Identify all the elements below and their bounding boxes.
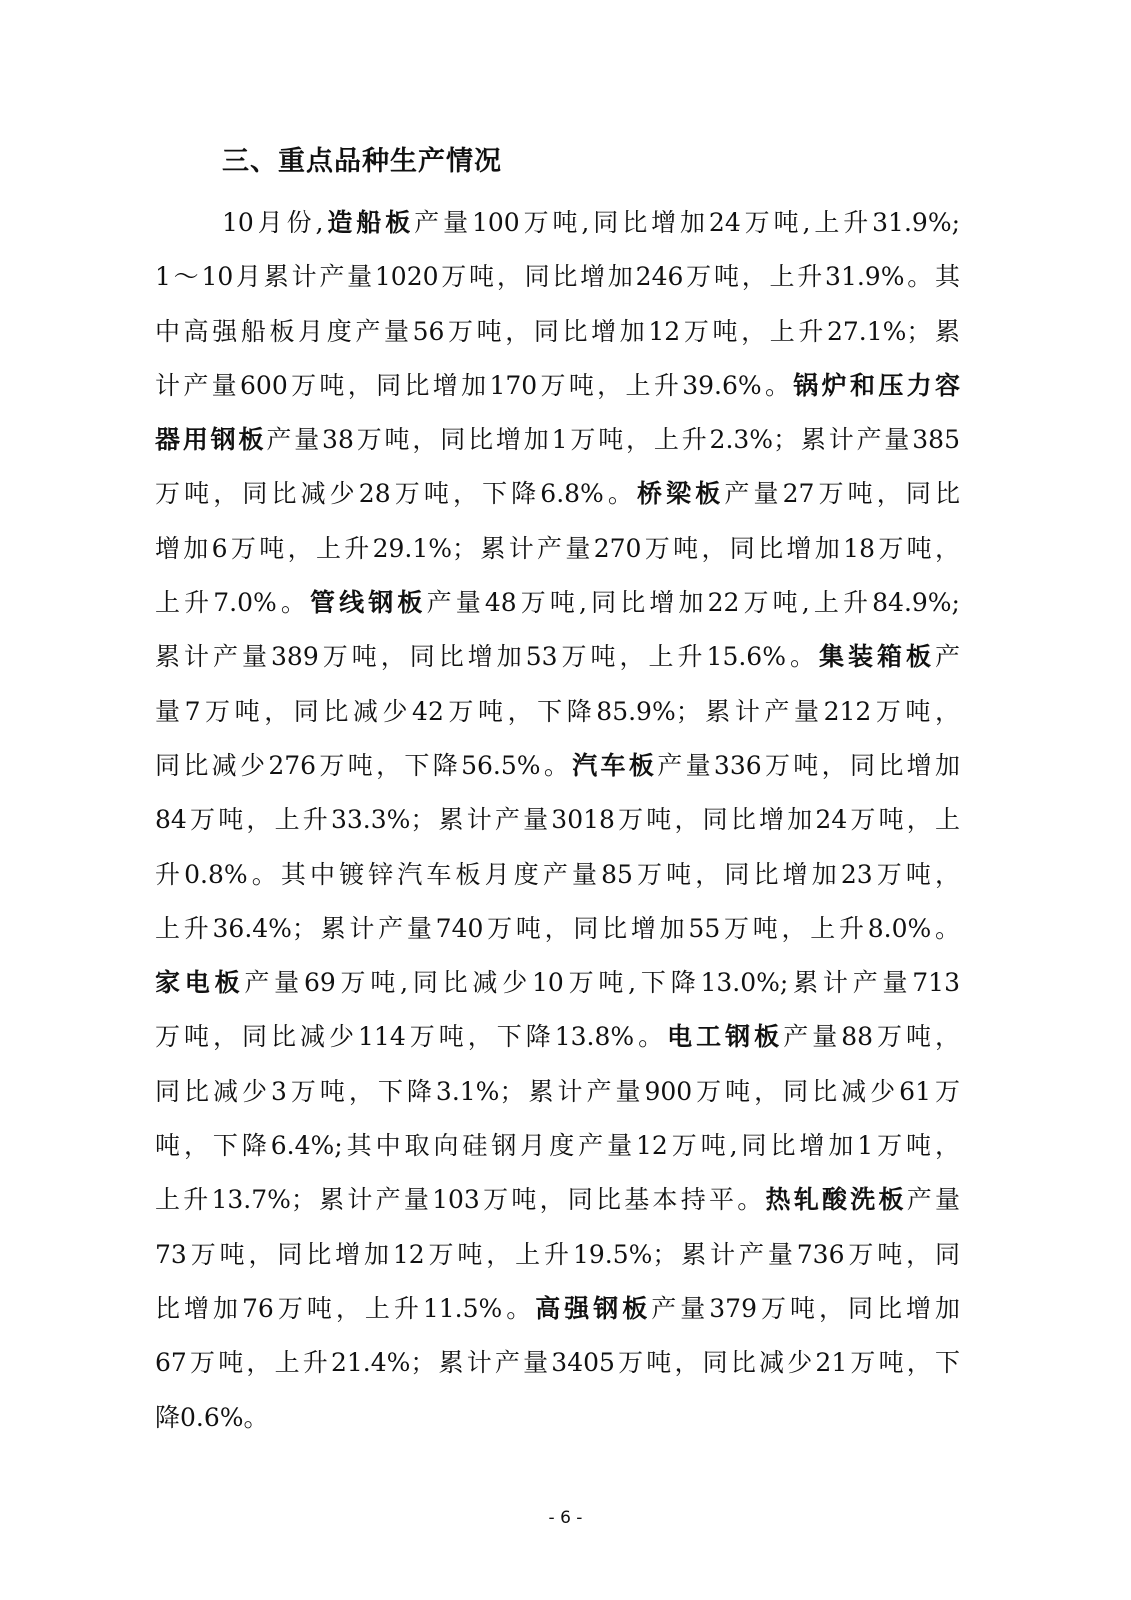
product-name: 造船板 <box>324 208 415 237</box>
paragraph-line: 同比减少276万吨，下降56.5%。汽车板产量336万吨，同比增加 <box>155 739 960 793</box>
paragraph-line: 万吨，同比减少114万吨，下降13.8%。电工钢板产量88万吨， <box>155 1010 960 1064</box>
paragraph-line: 67万吨，上升21.4%；累计产量3405万吨，同比减少21万吨，下 <box>155 1336 960 1390</box>
product-name: 桥梁板 <box>637 479 724 508</box>
text-segment: 同比减少3万吨，下降3.1%；累计产量900万吨，同比减少61万 <box>155 1077 960 1106</box>
text-segment: 67万吨，上升21.4%；累计产量3405万吨，同比减少21万吨，下 <box>155 1348 960 1377</box>
paragraph-line: 上升13.7%；累计产量103万吨，同比基本持平。热轧酸洗板产量 <box>155 1173 960 1227</box>
paragraph-line: 吨，下降6.4%;其中取向硅钢月度产量12万吨,同比增加1万吨， <box>155 1119 960 1173</box>
paragraph-line: 上升36.4%；累计产量740万吨，同比增加55万吨，上升8.0%。 <box>155 902 960 956</box>
text-segment: 吨，下降6.4%;其中取向硅钢月度产量12万吨,同比增加1万吨， <box>155 1131 960 1160</box>
product-name: 集装箱板 <box>819 642 935 671</box>
paragraph-line: 增加6万吨，上升29.1%；累计产量270万吨，同比增加18万吨， <box>155 522 960 576</box>
text-segment: 上升36.4%；累计产量740万吨，同比增加55万吨，上升8.0%。 <box>155 914 960 943</box>
text-segment: 产量88万吨， <box>783 1022 960 1051</box>
text-segment: 万吨，同比减少114万吨，下降13.8%。 <box>155 1022 667 1051</box>
text-segment: 73万吨，同比增加12万吨，上升19.5%；累计产量736万吨，同 <box>155 1240 960 1269</box>
paragraph-line: 家电板产量69万吨,同比减少10万吨,下降13.0%;累计产量713 <box>155 956 960 1010</box>
paragraph-line: 比增加76万吨，上升11.5%。高强钢板产量379万吨，同比增加 <box>155 1282 960 1336</box>
section-paragraph: 10月份,造船板产量100万吨,同比增加24万吨,上升31.9%;1～10月累计… <box>155 196 960 1445</box>
text-segment: 产量48万吨,同比增加22万吨,上升84.9%; <box>427 588 960 617</box>
text-segment: 量7万吨，同比减少42万吨，下降85.9%；累计产量212万吨， <box>155 697 960 726</box>
product-name: 器用钢板 <box>155 425 266 454</box>
text-segment: 同比减少276万吨，下降56.5%。 <box>155 751 572 780</box>
document-page: 三、重点品种生产情况 10月份,造船板产量100万吨,同比增加24万吨,上升31… <box>0 0 1131 1600</box>
paragraph-line: 84万吨，上升33.3%；累计产量3018万吨，同比增加24万吨，上 <box>155 793 960 847</box>
product-name: 电工钢板 <box>667 1022 783 1051</box>
product-name: 家电板 <box>155 968 244 997</box>
text-segment: 1～10月累计产量1020万吨，同比增加246万吨，上升31.9%。其 <box>155 262 960 291</box>
product-name: 汽车板 <box>572 751 657 780</box>
text-segment: 产量100万吨,同比增加24万吨,上升31.9%; <box>414 208 960 237</box>
text-segment: 产量336万吨，同比增加 <box>657 751 960 780</box>
text-segment: 上升7.0%。 <box>155 588 310 617</box>
section-heading: 三、重点品种生产情况 <box>222 142 502 182</box>
paragraph-line: 1～10月累计产量1020万吨，同比增加246万吨，上升31.9%。其 <box>155 250 960 304</box>
paragraph-line: 10月份,造船板产量100万吨,同比增加24万吨,上升31.9%; <box>155 196 960 250</box>
text-segment: 产量 <box>907 1185 960 1214</box>
text-segment: 计产量600万吨，同比增加170万吨，上升39.6%。 <box>155 371 793 400</box>
paragraph-line: 量7万吨，同比减少42万吨，下降85.9%；累计产量212万吨， <box>155 685 960 739</box>
text-segment: 比增加76万吨，上升11.5%。 <box>155 1294 535 1323</box>
paragraph-line: 73万吨，同比增加12万吨，上升19.5%；累计产量736万吨，同 <box>155 1228 960 1282</box>
paragraph-line: 器用钢板产量38万吨，同比增加1万吨，上升2.3%；累计产量385 <box>155 413 960 467</box>
paragraph-line: 升0.8%。其中镀锌汽车板月度产量85万吨，同比增加23万吨， <box>155 848 960 902</box>
paragraph-line: 累计产量389万吨，同比增加53万吨，上升15.6%。集装箱板产 <box>155 630 960 684</box>
paragraph-line: 同比减少3万吨，下降3.1%；累计产量900万吨，同比减少61万 <box>155 1065 960 1119</box>
paragraph-line: 上升7.0%。管线钢板产量48万吨,同比增加22万吨,上升84.9%; <box>155 576 960 630</box>
text-segment: 上升13.7%；累计产量103万吨，同比基本持平。 <box>155 1185 766 1214</box>
text-segment: 10月份, <box>222 208 324 237</box>
text-segment: 产量27万吨，同比 <box>724 479 960 508</box>
text-segment: 产量379万吨，同比增加 <box>651 1294 960 1323</box>
paragraph-line: 万吨，同比减少28万吨，下降6.8%。桥梁板产量27万吨，同比 <box>155 467 960 521</box>
paragraph-line: 计产量600万吨，同比增加170万吨，上升39.6%。锅炉和压力容 <box>155 359 960 413</box>
product-name: 锅炉和压力容 <box>793 371 960 400</box>
text-segment: 增加6万吨，上升29.1%；累计产量270万吨，同比增加18万吨， <box>155 534 960 563</box>
text-segment: 产量69万吨,同比减少10万吨,下降13.0%;累计产量713 <box>244 968 960 997</box>
text-segment: 中高强船板月度产量56万吨，同比增加12万吨，上升27.1%；累 <box>155 317 960 346</box>
text-segment: 万吨，同比减少28万吨，下降6.8%。 <box>155 479 637 508</box>
text-segment: 累计产量389万吨，同比增加53万吨，上升15.6%。 <box>155 642 819 671</box>
product-name: 热轧酸洗板 <box>766 1185 907 1214</box>
text-segment: 84万吨，上升33.3%；累计产量3018万吨，同比增加24万吨，上 <box>155 805 960 834</box>
text-segment: 产 <box>935 642 960 671</box>
text-segment: 降0.6%。 <box>155 1403 269 1432</box>
text-segment: 产量38万吨，同比增加1万吨，上升2.3%；累计产量385 <box>266 425 960 454</box>
product-name: 高强钢板 <box>535 1294 651 1323</box>
paragraph-line: 中高强船板月度产量56万吨，同比增加12万吨，上升27.1%；累 <box>155 305 960 359</box>
product-name: 管线钢板 <box>310 588 427 617</box>
page-number: - 6 - <box>0 1508 1131 1528</box>
paragraph-line: 降0.6%。 <box>155 1391 960 1445</box>
text-segment: 升0.8%。其中镀锌汽车板月度产量85万吨，同比增加23万吨， <box>155 860 960 889</box>
